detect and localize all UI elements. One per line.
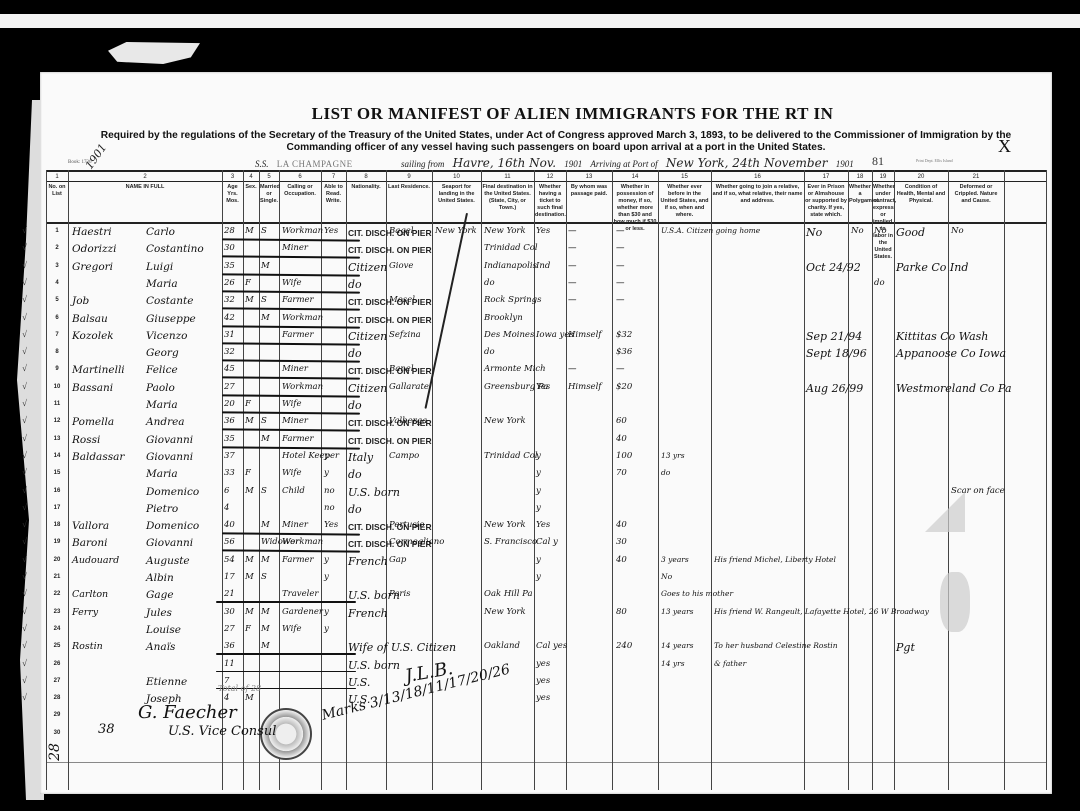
column-number: 3 xyxy=(222,174,243,180)
cell-occupation: Farmer xyxy=(282,434,314,444)
column-divider xyxy=(804,170,805,790)
column-header: Seaport for landing in the United States… xyxy=(433,184,480,205)
cell-destination: New York xyxy=(484,607,526,617)
cell-given: Louise xyxy=(146,624,181,636)
cell-money: $20 xyxy=(616,382,632,392)
column-header: Whether a Polygamist. xyxy=(849,184,871,205)
row-number: 23 xyxy=(47,609,67,615)
column-number: 14 xyxy=(612,174,658,180)
total-count-note: Total of 28 xyxy=(218,684,261,693)
cell-age: 42 xyxy=(224,313,235,323)
cell-before: 14 yrs xyxy=(661,659,685,668)
cell-health: Appanoose Co Iowa xyxy=(896,347,1006,360)
cell-nationality: Citizen xyxy=(348,330,387,343)
checkmark: √ xyxy=(22,640,27,650)
column-number: 2 xyxy=(68,174,222,180)
cell-read: no xyxy=(324,486,335,496)
cell-money: $36 xyxy=(616,347,632,357)
cell-money: 60 xyxy=(616,416,627,426)
column-header: Calling or Occupation. xyxy=(280,184,320,198)
cell-money: 70 xyxy=(616,468,627,478)
strikethrough-line xyxy=(216,653,356,655)
voyage-line: S.S. LA CHAMPAGNE sailing from Havre, 16… xyxy=(255,156,860,170)
row-number: 18 xyxy=(47,522,67,528)
cell-given: Georg xyxy=(146,347,179,359)
cell-occupation: Miner xyxy=(282,243,308,253)
cell-occupation: Workman xyxy=(282,313,323,323)
cell-ms: S xyxy=(261,226,267,236)
cell-before: 3 years xyxy=(661,555,689,564)
column-header: Age Yrs. Mos. xyxy=(223,184,242,205)
cell-occupation: Farmer xyxy=(282,295,314,305)
cell-prison: Sept 18/96 xyxy=(806,347,867,360)
column-number: 15 xyxy=(658,174,711,180)
cell-given: Albin xyxy=(146,572,174,584)
cell-occupation: Wife xyxy=(282,468,301,478)
title-right-fragment: RT IN xyxy=(785,104,833,124)
cell-polygamist: No xyxy=(851,226,864,236)
cell-occupation: Wife xyxy=(282,624,301,634)
checkmark: √ xyxy=(22,346,27,356)
checkmark: √ xyxy=(22,467,27,477)
cell-residence: Gallarate xyxy=(389,382,429,392)
cell-nationality: do xyxy=(348,399,362,412)
column-number: 20 xyxy=(894,174,948,180)
cell-ms: M xyxy=(261,313,270,323)
cell-before: Goes to his mother xyxy=(661,589,733,598)
row-number: 30 xyxy=(47,730,67,736)
column-divider xyxy=(321,170,322,790)
cell-before: 14 years xyxy=(661,641,694,650)
row-number: 24 xyxy=(47,626,67,632)
column-header: Condition of Health, Mental and Physical… xyxy=(895,184,947,205)
column-divider xyxy=(711,170,712,790)
cell-age: 30 xyxy=(224,243,235,253)
column-number: 16 xyxy=(711,174,804,180)
cell-sex: M xyxy=(245,693,254,703)
cell-given: Giovanni xyxy=(146,537,193,549)
cell-ticket: Yes xyxy=(536,520,550,530)
cell-money: — xyxy=(616,261,625,271)
column-number: 13 xyxy=(566,174,612,180)
cell-nationality: U.S. born xyxy=(348,486,400,499)
cell-age: 21 xyxy=(224,589,235,599)
sailing-from-value: Havre, 16th Nov. xyxy=(453,156,556,170)
cell-paid: — xyxy=(568,364,577,374)
cell-nationality: do xyxy=(348,347,362,360)
cell-health: Parke Co Ind xyxy=(896,261,968,274)
cell-surname: Audouard xyxy=(72,555,119,566)
column-header: Ever in Prison or Almshouse or supported… xyxy=(805,184,847,219)
cell-nationality: Citizen xyxy=(348,261,387,274)
cell-surname: Carlton xyxy=(72,589,108,600)
cell-paid: — xyxy=(568,261,577,271)
cell-destination: Indianapolis xyxy=(484,261,537,271)
checkmark: √ xyxy=(22,312,27,322)
cell-given: Luigi xyxy=(146,261,173,273)
cell-given: Costante xyxy=(146,295,193,307)
cell-nationality: CIT. DISCH. ON PIER xyxy=(348,436,432,446)
consul-title: U.S. Vice Consul xyxy=(168,724,276,739)
checkmark: √ xyxy=(22,692,27,702)
cell-occupation: Traveler xyxy=(282,589,318,599)
cell-destination: Rock Springs xyxy=(484,295,541,305)
cell-nationality: do xyxy=(348,468,362,481)
column-number: 12 xyxy=(534,174,566,180)
cell-given: Giuseppe xyxy=(146,313,196,325)
cell-residence: Banel xyxy=(389,364,414,374)
cell-destination: S. Francisco xyxy=(484,537,537,547)
row-number: 17 xyxy=(47,505,67,511)
cell-residence: Campo xyxy=(389,451,419,461)
checkmark: √ xyxy=(22,554,27,564)
column-header: By whom was passage paid. xyxy=(567,184,611,198)
cell-surname: Bassani xyxy=(72,382,113,394)
page-title: LIST OR MANIFEST OF ALIEN IMMIGRANTS FOR… xyxy=(40,104,1052,124)
column-number: 10 xyxy=(432,174,481,180)
cell-join: & father xyxy=(714,659,746,668)
row-number: 20 xyxy=(47,557,67,563)
cell-destination: Oakland xyxy=(484,641,520,651)
consul-signature: G. Faecher xyxy=(138,702,237,723)
cell-surname: Odorizzi xyxy=(72,243,116,255)
row-number: 26 xyxy=(47,661,67,667)
cell-age: 27 xyxy=(224,382,235,392)
row-number: 16 xyxy=(47,488,67,494)
checkmark: √ xyxy=(22,450,27,460)
checkmark: √ xyxy=(22,433,27,443)
column-number: 7 xyxy=(321,174,346,180)
cell-surname: Baroni xyxy=(72,537,107,549)
cell-ticket: yes xyxy=(536,659,550,669)
cell-money: — xyxy=(616,226,625,236)
cell-ticket: Ind xyxy=(536,261,550,271)
cell-ms: M xyxy=(261,624,270,634)
checkmark: √ xyxy=(22,415,27,425)
column-divider xyxy=(222,170,223,790)
column-number: 18 xyxy=(848,174,872,180)
cell-health: Good xyxy=(896,226,925,239)
column-header: No. on List xyxy=(47,184,67,198)
cell-deformed: No xyxy=(951,226,964,236)
cell-ticket: y xyxy=(536,503,541,513)
cell-paid: — xyxy=(568,278,577,288)
cell-paid: — xyxy=(568,295,577,305)
cell-money: 30 xyxy=(616,537,627,547)
column-divider xyxy=(432,170,433,790)
cell-sex: F xyxy=(245,399,251,409)
cell-destination: Oak Hill Pa xyxy=(484,589,533,599)
checkmark: √ xyxy=(22,329,27,339)
cell-sex: M xyxy=(245,226,254,236)
row-number: 22 xyxy=(47,591,67,597)
cell-money: 40 xyxy=(616,520,627,530)
arriving-year: 1901 xyxy=(836,159,854,169)
cell-read: no xyxy=(324,503,335,513)
cell-surname: Gregori xyxy=(72,261,113,273)
row-number: 3 xyxy=(47,263,67,269)
cell-destination: Trinidad Col xyxy=(484,243,538,253)
column-header: Married or Single. xyxy=(260,184,278,205)
column-number: 17 xyxy=(804,174,848,180)
cell-given: Vicenzo xyxy=(146,330,187,342)
checkmark: √ xyxy=(22,381,27,391)
cell-occupation: Farmer xyxy=(282,555,314,565)
cell-given: Giovanni xyxy=(146,451,193,463)
cell-given: Carlo xyxy=(146,226,175,238)
checkmark: √ xyxy=(22,363,27,373)
cell-sex: M xyxy=(245,572,254,582)
column-divider xyxy=(872,170,873,790)
header-top-rule xyxy=(46,170,1046,172)
cell-sex: M xyxy=(245,486,254,496)
cell-nationality: U.S. xyxy=(348,676,370,689)
cell-given: Auguste xyxy=(146,555,190,567)
margin-note: 28 xyxy=(47,743,63,761)
cell-deformed: Scar on face xyxy=(951,486,1005,496)
column-header: NAME IN FULL xyxy=(69,184,221,191)
cell-age: 17 xyxy=(224,572,235,582)
cell-given: Domenico xyxy=(146,486,199,498)
checkmark: √ xyxy=(22,485,27,495)
cell-ms: M xyxy=(261,641,270,651)
cell-surname: Vallora xyxy=(72,520,109,532)
cell-paid: — xyxy=(568,243,577,253)
row-number: 27 xyxy=(47,678,67,684)
cell-given: Paolo xyxy=(146,382,175,394)
column-divider xyxy=(566,170,567,790)
cell-surname: Kozolek xyxy=(72,330,114,342)
checkmark: √ xyxy=(22,277,27,287)
cell-sex: M xyxy=(245,295,254,305)
cell-age: 31 xyxy=(224,330,235,340)
cell-age: 28 xyxy=(224,226,235,236)
cell-ms: M xyxy=(261,520,270,530)
regulation-subtitle: Required by the regulations of the Secre… xyxy=(80,130,1032,154)
column-divider xyxy=(894,170,895,790)
cell-ms: M xyxy=(261,555,270,565)
cell-given: Andrea xyxy=(146,416,185,428)
cell-occupation: Gardener xyxy=(282,607,323,617)
cell-age: 36 xyxy=(224,641,235,651)
cell-residence: Sefzina xyxy=(389,330,421,340)
cell-age: 6 xyxy=(224,486,229,496)
row-number: 13 xyxy=(47,436,67,442)
stain xyxy=(940,572,970,632)
cell-health: Pgt xyxy=(896,641,915,654)
column-number: 8 xyxy=(346,174,386,180)
cell-money: 240 xyxy=(616,641,632,651)
column-divider xyxy=(346,170,347,790)
checkmark: √ xyxy=(22,242,27,252)
manifest-table: 1No. on List2NAME IN FULL3Age Yrs. Mos.4… xyxy=(46,170,1046,790)
cell-age: 36 xyxy=(224,416,235,426)
manifest-sheet: 1901 X LIST OR MANIFEST OF ALIEN IMMIGRA… xyxy=(40,72,1052,794)
column-header: Whether going to join a relative, and if… xyxy=(712,184,803,205)
cell-given: Domenico xyxy=(146,520,199,532)
cell-read: y xyxy=(324,555,329,565)
column-divider xyxy=(259,170,260,790)
header-bottom-rule xyxy=(46,222,1046,224)
cell-occupation: Miner xyxy=(282,416,308,426)
column-number: 4 xyxy=(243,174,259,180)
cell-age: 26 xyxy=(224,278,235,288)
cancellation-slash xyxy=(424,213,467,409)
cell-read: Yes xyxy=(324,520,338,530)
column-number-rule xyxy=(46,181,1046,182)
column-header: Whether under contract, express or impli… xyxy=(873,184,893,261)
cell-age: 27 xyxy=(224,624,235,634)
cell-given: Gage xyxy=(146,589,174,601)
cell-prison: Oct 24/92 xyxy=(806,261,861,274)
row-number: 15 xyxy=(47,470,67,476)
cell-residence: Valberga xyxy=(389,416,427,426)
cell-read: y xyxy=(324,607,329,617)
cell-ms: S xyxy=(261,295,267,305)
cell-ticket: y xyxy=(536,572,541,582)
cell-ticket: y xyxy=(536,555,541,565)
cell-age: 56 xyxy=(224,537,235,547)
sailing-year: 1901 xyxy=(564,159,582,169)
film-edge-strip xyxy=(0,14,1080,28)
cell-read: Yes xyxy=(324,226,338,236)
column-number: 1 xyxy=(46,174,68,180)
cell-surname: Baldassar xyxy=(72,451,124,463)
row-number: 19 xyxy=(47,539,67,545)
cell-destination: New York xyxy=(484,416,526,426)
cell-join: To her husband Celestine Rostin xyxy=(714,641,838,650)
printer-note: Print Dept. Ellis Island xyxy=(916,158,953,163)
column-header: Last Residence. xyxy=(387,184,431,191)
column-number: 9 xyxy=(386,174,432,180)
cell-nationality: French xyxy=(348,607,388,620)
cell-age: 20 xyxy=(224,399,235,409)
checkmark: √ xyxy=(22,536,27,546)
row-number: 7 xyxy=(47,332,67,338)
cell-given: Jules xyxy=(146,607,172,619)
cell-given: Felice xyxy=(146,364,178,376)
cell-occupation: Farmer xyxy=(282,330,314,340)
cell-age: 30 xyxy=(224,607,235,617)
cell-money: 100 xyxy=(616,451,632,461)
checkmark: √ xyxy=(22,606,27,616)
column-divider xyxy=(1004,170,1005,790)
checkmark: √ xyxy=(22,519,27,529)
cell-given: Maria xyxy=(146,468,178,480)
cell-ms: S xyxy=(261,486,267,496)
cell-residence: Pertusio xyxy=(389,520,425,530)
cell-read: y xyxy=(324,624,329,634)
column-number: 19 xyxy=(872,174,894,180)
checkmark: √ xyxy=(22,571,27,581)
cell-before: do xyxy=(661,468,670,477)
cell-destination: New York xyxy=(484,520,526,530)
cell-age: 35 xyxy=(224,261,235,271)
cell-residence: Giove xyxy=(389,261,413,271)
column-divider xyxy=(612,170,613,790)
row-number: 9 xyxy=(47,366,67,372)
cell-ticket: y xyxy=(536,468,541,478)
cell-ticket: y xyxy=(536,486,541,496)
cell-before: 13 years xyxy=(661,607,694,616)
cell-surname: Martinelli xyxy=(72,364,125,376)
ship-name: LA CHAMPAGNE xyxy=(277,159,353,169)
cell-age: 33 xyxy=(224,468,235,478)
title-main: LIST OR MANIFEST OF ALIEN IMMIGRANTS FOR… xyxy=(312,104,781,123)
row-number: 2 xyxy=(47,245,67,251)
row-number: 25 xyxy=(47,643,67,649)
cell-given: Maria xyxy=(146,278,178,290)
cell-destination: do xyxy=(484,278,495,288)
checkmark: √ xyxy=(22,675,27,685)
cell-sex: F xyxy=(245,468,251,478)
cell-occupation: Wife xyxy=(282,399,301,409)
cell-given: Giovanni xyxy=(146,434,193,446)
cell-given: Maria xyxy=(146,399,178,411)
cell-nationality: do xyxy=(348,278,362,291)
cell-surname: Rossi xyxy=(72,434,100,446)
cell-occupation: Workman xyxy=(282,226,323,236)
cell-surname: Ferry xyxy=(72,607,98,618)
page-number: 81 xyxy=(872,154,884,169)
cell-ticket: Cal yes xyxy=(536,641,567,651)
cell-age: 4 xyxy=(224,503,229,513)
column-divider xyxy=(481,170,482,790)
cell-money: $32 xyxy=(616,330,632,340)
cell-nationality: Italy xyxy=(348,451,373,464)
cell-seaport: New York xyxy=(435,226,477,236)
cell-nationality: Wife of U.S. Citizen xyxy=(348,641,456,654)
cell-prison: Sep 21/94 xyxy=(806,330,862,343)
column-divider xyxy=(279,170,280,790)
cell-destination: Armonte Mich xyxy=(484,364,546,374)
cell-destination: do xyxy=(484,347,495,357)
row-number: 4 xyxy=(47,280,67,286)
strikethrough-line xyxy=(216,601,356,603)
column-header: Final destination in the United States. … xyxy=(482,184,533,212)
cell-money: 80 xyxy=(616,607,627,617)
column-divider xyxy=(658,170,659,790)
cell-residence: Mosel xyxy=(389,295,415,305)
cell-sex: M xyxy=(245,416,254,426)
arriving-label: Arriving at Port of xyxy=(590,159,657,169)
checkmark: √ xyxy=(22,658,27,668)
cell-money: 40 xyxy=(616,555,627,565)
cell-nationality: Citizen xyxy=(348,382,387,395)
ship-prefix: S.S. xyxy=(255,159,269,169)
cell-occupation: Child xyxy=(282,486,305,496)
checkmark: √ xyxy=(22,294,27,304)
column-header: Nationality. xyxy=(347,184,385,191)
cell-nationality: do xyxy=(348,503,362,516)
row-number: 10 xyxy=(47,384,67,390)
row-number: 1 xyxy=(47,228,67,234)
cell-age: 54 xyxy=(224,555,235,565)
cell-nationality: CIT. DISCH. ON PIER xyxy=(348,245,432,255)
cell-health: Westmoreland Co Pa xyxy=(896,382,1012,395)
cell-read: y xyxy=(324,451,329,461)
cell-age: 11 xyxy=(224,659,235,669)
cell-surname: Balsau xyxy=(72,313,108,325)
cell-ticket: yes xyxy=(536,676,550,686)
cell-residence: Bagel xyxy=(389,226,414,236)
cell-occupation: Workman xyxy=(282,382,323,392)
cell-surname: Rostin xyxy=(72,641,103,652)
column-number: 21 xyxy=(948,174,1004,180)
checkmark: √ xyxy=(22,623,27,633)
cell-given: Anaïs xyxy=(146,641,175,653)
cell-money: — xyxy=(616,295,625,305)
